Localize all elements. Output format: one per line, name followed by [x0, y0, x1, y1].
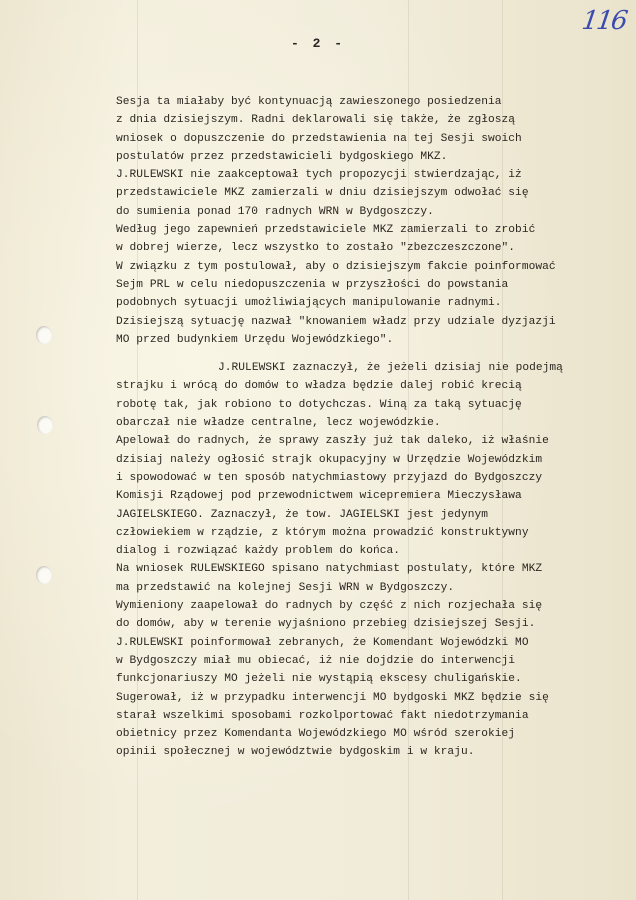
text-line: postulatów przez przedstawicieli bydgosk…	[116, 148, 636, 166]
text-line: Według jego zapewnień przedstawiciele MK…	[116, 221, 636, 239]
text-line: funkcjonariuszy MO jeżeli nie wystąpią e…	[116, 670, 636, 688]
typewritten-body: Sesja ta miałaby być kontynuacją zawiesz…	[116, 93, 636, 762]
text-line: Sugerował, iż w przypadku interwencji MO…	[116, 689, 636, 707]
text-line: przedstawiciele MKZ zamierzali w dniu dz…	[116, 184, 636, 202]
text-line: JAGIELSKIEGO. Zaznaczył, że tow. JAGIELS…	[116, 506, 636, 524]
text-line: J.RULEWSKI poinformował zebranych, że Ko…	[116, 634, 636, 652]
text-line: strajku i wrócą do domów to władza będzi…	[116, 377, 636, 395]
text-line: człowiekiem w rządzie, z którym można pr…	[116, 524, 636, 542]
text-line: w Bydgoszczy miał mu obiecać, iż nie doj…	[116, 652, 636, 670]
text-line: opinii społecznej w województwie bydgosk…	[116, 743, 636, 761]
text-line: Apelował do radnych, że sprawy zaszły ju…	[116, 432, 636, 450]
document-page: 116 - 2 - Sesja ta miałaby być kontynuac…	[0, 0, 636, 900]
punch-hole	[36, 326, 52, 344]
text-line: obietnicy przez Komendanta Wojewódzkiego…	[116, 725, 636, 743]
text-line: do sumienia ponad 170 radnych WRN w Bydg…	[116, 203, 636, 221]
text-line: i spowodować w ten sposób natychmiastowy…	[116, 469, 636, 487]
text-line: J.RULEWSKI zaznaczył, że jeżeli dzisiaj …	[116, 359, 636, 377]
text-line: W związku z tym postulował, aby o dzisie…	[116, 258, 636, 276]
text-line: robotę tak, jak robiono to dotychczas. W…	[116, 396, 636, 414]
text-line: Na wniosek RULEWSKIEGO spisano natychmia…	[116, 560, 636, 578]
paragraph-gap	[116, 349, 636, 359]
text-line: podobnych sytuacji umożliwiających manip…	[116, 294, 636, 312]
text-line: Dzisiejszą sytuację nazwał "knowaniem wł…	[116, 313, 636, 331]
punch-hole	[36, 566, 52, 584]
handwritten-folio-number: 116	[580, 6, 628, 36]
text-line: w dobrej wierze, lecz wszystko to został…	[116, 239, 636, 257]
text-line: obarczał nie władze centralne, lecz woje…	[116, 414, 636, 432]
text-line: J.RULEWSKI nie zaakceptował tych propozy…	[116, 166, 636, 184]
punch-hole	[37, 416, 53, 434]
text-line: z dnia dzisiejszym. Radni deklarowali si…	[116, 111, 636, 129]
text-line: dzisiaj należy ogłosić strajk okupacyjny…	[116, 451, 636, 469]
text-line: wniosek o dopuszczenie do przedstawienia…	[116, 130, 636, 148]
text-line: do domów, aby w terenie wyjaśniono przeb…	[116, 615, 636, 633]
text-line: ma przedstawić na kolejnej Sesji WRN w B…	[116, 579, 636, 597]
text-line: Sesja ta miałaby być kontynuacją zawiesz…	[116, 93, 636, 111]
text-line: dialog i rozwiązać każdy problem do końc…	[116, 542, 636, 560]
page-number: - 2 -	[0, 36, 636, 51]
text-line: starał wszelkimi sposobami rozkolportowa…	[116, 707, 636, 725]
text-line: Komisji Rządowej pod przewodnictwem wice…	[116, 487, 636, 505]
text-line: Sejm PRL w celu niedopuszczenia w przysz…	[116, 276, 636, 294]
text-line: Wymieniony zaapelował do radnych by częś…	[116, 597, 636, 615]
text-line: MO przed budynkiem Urzędu Wojewódzkiego"…	[116, 331, 636, 349]
